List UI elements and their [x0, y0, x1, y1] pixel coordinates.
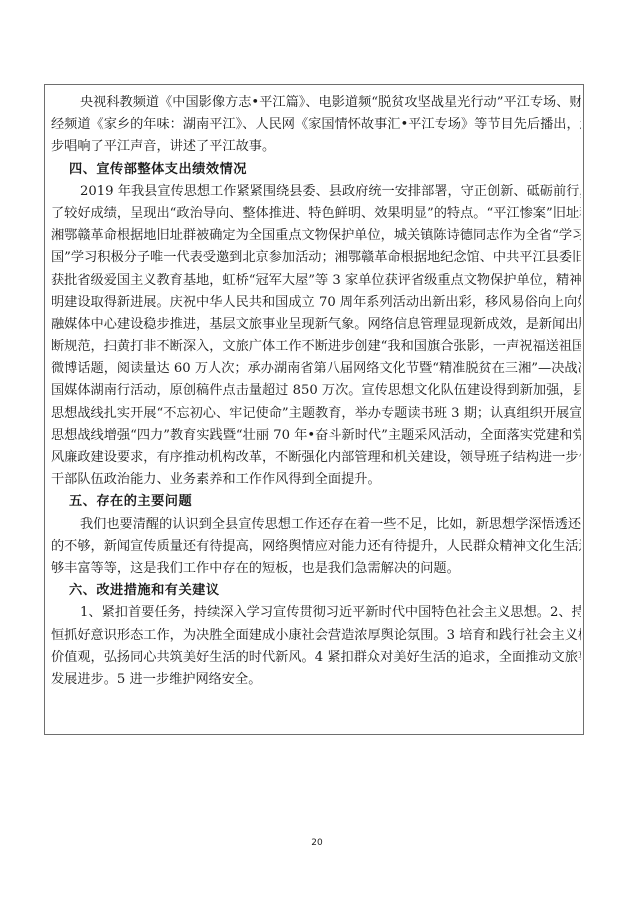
paragraph-line: 明建设取得新进展。庆祝中华人民共和国成立 70 周年系列活动出新出彩，移风易俗向…	[51, 292, 581, 314]
paragraph-line: 价值观，弘扬同心共筑美好生活的时代新风。4 紧扣群众对美好生活的追求，全面推动文…	[51, 647, 581, 669]
paragraph-line: 干部队伍政治能力、业务素养和工作作风得到全面提升。	[51, 469, 581, 491]
paragraph-line: 恒抓好意识形态工作，为决胜全面建成小康社会营造浓厚舆论氛围。3 培育和践行社会主…	[51, 625, 581, 647]
paragraph-line: 1、紧扣首要任务，持续深入学习宣传贯彻习近平新时代中国特色社会主义思想。2、持之…	[51, 602, 581, 624]
paragraph-line: 获批省级爱国主义教育基地，虹桥“冠军大屋”等 3 家单位获评省级重点文物保护单位…	[51, 270, 581, 292]
paragraph-line: 融媒体中心建设稳步推进，基层文旅事业呈现新气象。网络信息管理显现新成效，是新闻出…	[51, 314, 581, 336]
paragraph-line: 微博话题，阅读量达 60 万人次；承办湖南省第八届网络文化节暨“精准脱贫在三湘”…	[51, 358, 581, 380]
paragraph-line: 央视科教频道《中国影像方志•平江篇》、电影道频“脱贫攻坚战星光行动”平江专场、财	[51, 92, 581, 114]
paragraph-line: 思想战线扎实开展“不忘初心、牢记使命”主题教育，举办专题读书班 3 期；认真组织…	[51, 403, 581, 425]
paragraph-line: 的不够，新闻宣传质量还有待提高，网络舆情应对能力还有待提升，人民群众精神文化生活…	[51, 536, 581, 558]
paragraph-line: 步唱响了平江声音，讲述了平江故事。	[51, 136, 581, 158]
paragraph-line: 国”学习积极分子唯一代表受邀到北京参加活动；湘鄂赣革命根据地纪念馆、中共平江县委…	[51, 247, 581, 269]
content-text: 央视科教频道《中国影像方志•平江篇》、电影道频“脱贫攻坚战星光行动”平江专场、财…	[51, 92, 581, 691]
paragraph-line: 2019 年我县宣传思想工作紧紧围绕县委、县政府统一安排部署，守正创新、砥砺前行…	[51, 181, 581, 203]
paragraph-line: 经频道《家乡的年味：湖南平江》、人民网《家国情怀故事汇•平江专场》等节目先后播出…	[51, 114, 581, 136]
page-number: 20	[0, 838, 634, 848]
paragraph-line: 够丰富等等，这是我们工作中存在的短板，也是我们急需解决的问题。	[51, 558, 581, 580]
paragraph-line: 湘鄂赣革命根据地旧址群被确定为全国重点文物保护单位，城关镇陈诗德同志作为全省“学…	[51, 225, 581, 247]
document-page: 央视科教频道《中国影像方志•平江篇》、电影道频“脱贫攻坚战星光行动”平江专场、财…	[0, 0, 634, 898]
section-heading-improvement-measures: 六、改进措施和有关建议	[51, 580, 581, 602]
paragraph-line: 发展进步。5 进一步维护网络安全。	[51, 669, 581, 691]
content-table-cell: 央视科教频道《中国影像方志•平江篇》、电影道频“脱贫攻坚战星光行动”平江专场、财…	[44, 84, 584, 735]
paragraph-line: 国媒体湖南行活动，原创稿件点击量超过 850 万次。宣传思想文化队伍建设得到新加…	[51, 380, 581, 402]
section-heading-main-problems: 五、存在的主要问题	[51, 491, 581, 513]
paragraph-line: 我们也要清醒的认识到全县宣传思想工作还存在着一些不足，比如，新思想学深悟透还做	[51, 514, 581, 536]
paragraph-line: 思想战线增强“四力”教育实践暨“壮丽 70 年•奋斗新时代”主题采风活动，全面落…	[51, 425, 581, 447]
section-heading-budget-performance: 四、宣传部整体支出绩效情况	[51, 159, 581, 181]
paragraph-line: 风廉政建设要求，有序推动机构改革，不断强化内部管理和机关建设，领导班子结构进一步…	[51, 447, 581, 469]
paragraph-line: 了较好成绩，呈现出“政治导向、整体推进、特色鲜明、效果明显”的特点。“平江惨案”…	[51, 203, 581, 225]
paragraph-line: 断规范，扫黄打非不断深入，文旅广体工作不断进步创建“我和国旗合张影，一声祝福送祖…	[51, 336, 581, 358]
